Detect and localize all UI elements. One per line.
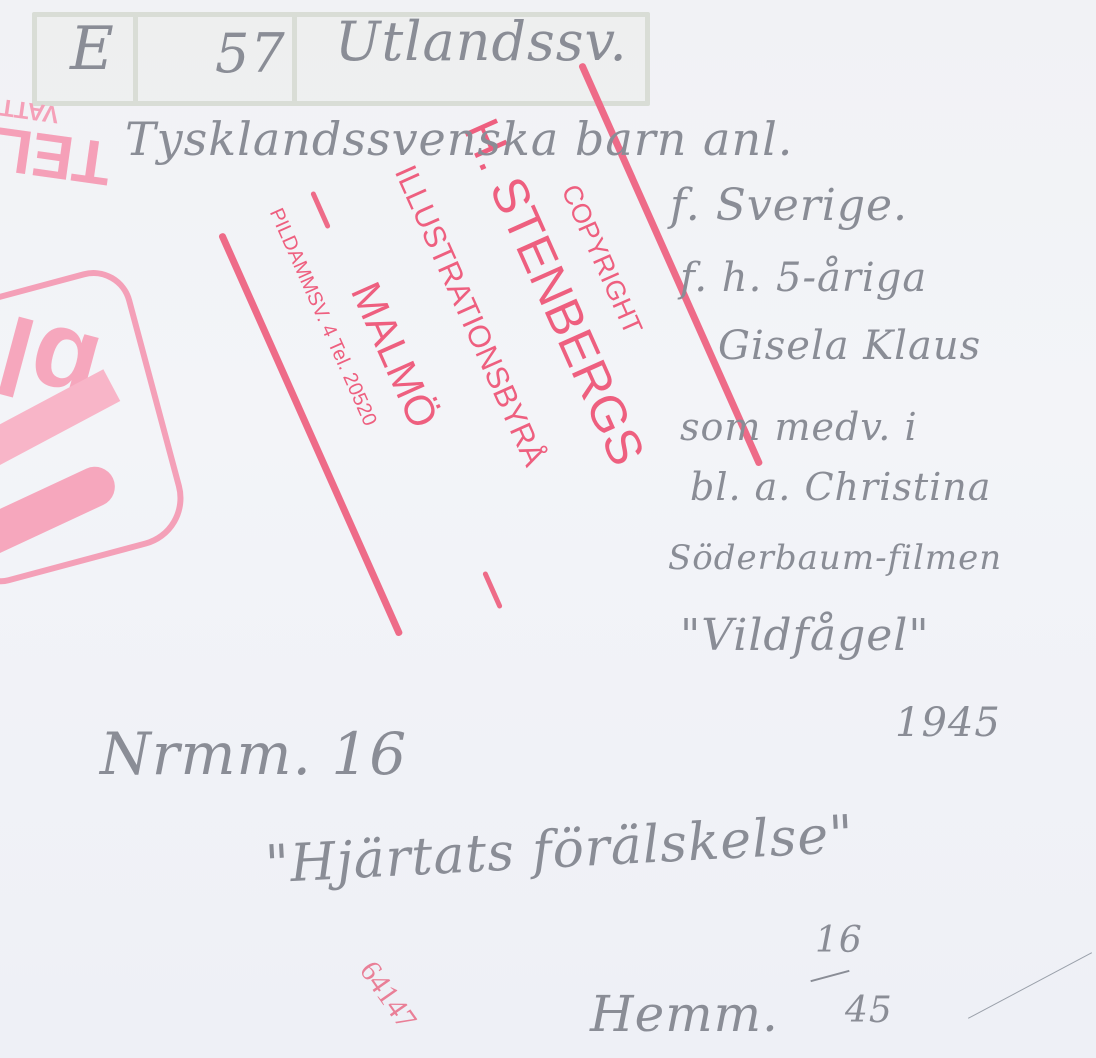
handwriting-signature: Hemm. <box>590 985 779 1043</box>
label-divider <box>133 17 138 101</box>
handwriting-year: 1945 <box>895 700 1001 746</box>
partial-stamp-tel: TEL <box>0 112 115 199</box>
serial-number-stamp: 64147 <box>352 955 423 1036</box>
photo-back-document: E 57 Utlandssv. TEL VATT bl COPYRIGHT H.… <box>0 0 1096 1058</box>
handwriting-line-2: f. Sverige. <box>670 180 908 231</box>
handwriting-film-title: "Hjärtats förälskelse" <box>264 805 856 896</box>
handwriting-note-number: Nrmm. 16 <box>100 720 407 788</box>
handwriting-line-5: som medv. i <box>680 405 918 449</box>
handwriting-line-7: Söderbaum-filmen <box>668 538 1002 578</box>
handwriting-date-day: 16 <box>815 920 863 961</box>
stamp-dash <box>310 191 331 230</box>
date-fraction-line <box>810 970 849 982</box>
handwriting-date-year: 45 <box>845 990 893 1031</box>
label-cell-letter: E <box>70 14 115 84</box>
handwriting-line-8: "Vildfågel" <box>680 610 930 661</box>
label-divider <box>292 17 297 101</box>
handwriting-line-3: f. h. 5-åriga <box>680 255 927 301</box>
stamp-dash <box>482 571 503 610</box>
handwriting-line-6: bl. a. Christina <box>690 465 991 509</box>
handwriting-line-1: Tysklandssvenska barn anl. <box>125 112 793 166</box>
pencil-stroke <box>968 952 1092 1019</box>
handwriting-line-4: Gisela Klaus <box>718 323 981 369</box>
label-cell-number: 57 <box>215 22 286 85</box>
